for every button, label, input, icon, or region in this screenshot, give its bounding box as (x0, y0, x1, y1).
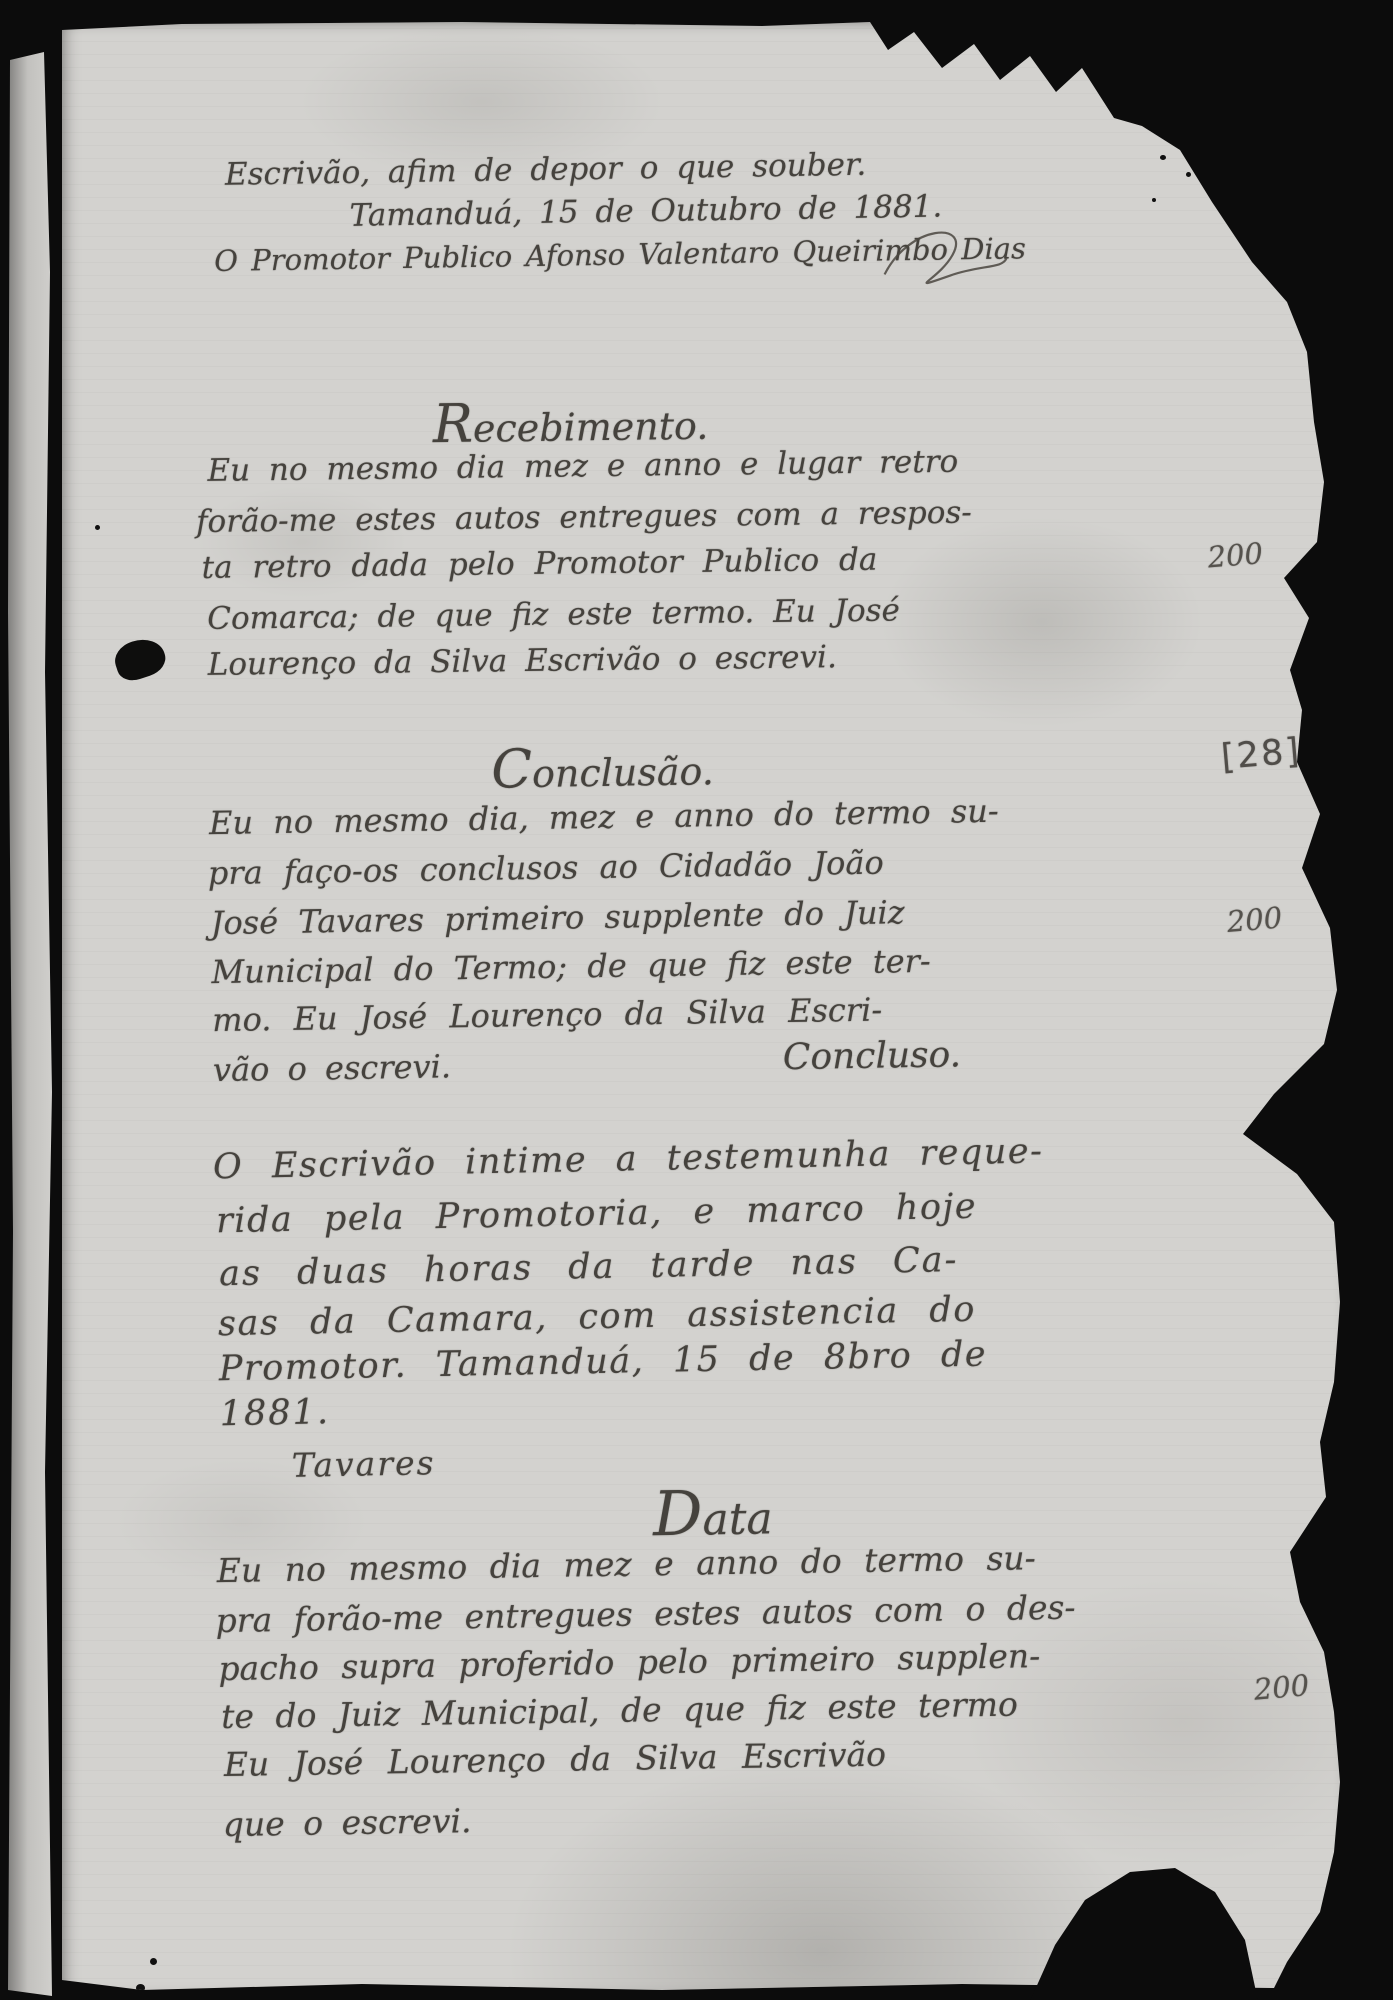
manuscript-line: pra forão-me entregues estes autos com o… (215, 1588, 1076, 1641)
manuscript-line: Eu José Lourenço da Silva Escrivão (224, 1735, 887, 1784)
data-section: Data Eu no mesmo dia mez e anno do termo… (47, 6, 1356, 1996)
paper-speck (150, 1958, 157, 1965)
paper-speck (136, 1984, 145, 1992)
paper-speck (95, 525, 100, 530)
paper-speck (1208, 152, 1212, 156)
paper-speck (1186, 172, 1191, 177)
margin-note: 200 (1252, 1668, 1310, 1707)
manuscript-line: te do Juiz Municipal, de que fiz este te… (221, 1685, 1018, 1737)
manuscript-line: Eu no mesmo dia mez e anno do termo su- (217, 1538, 1036, 1590)
manuscript-line: pacho supra proferido pelo primeiro supp… (218, 1636, 1040, 1688)
paper-speck (1238, 186, 1245, 192)
paper-speck (1160, 155, 1166, 160)
paper-speck (870, 1986, 876, 1992)
paper-speck (1152, 198, 1156, 202)
section-heading-data: Data (652, 1476, 773, 1550)
scanned-document: Escrivão, afim de depor o que souber. Ta… (0, 0, 1393, 2000)
manuscript-page: Escrivão, afim de depor o que souber. Ta… (62, 22, 1340, 1992)
adjacent-page-edge (8, 52, 52, 1996)
manuscript-line: que o escrevi. (223, 1801, 472, 1844)
